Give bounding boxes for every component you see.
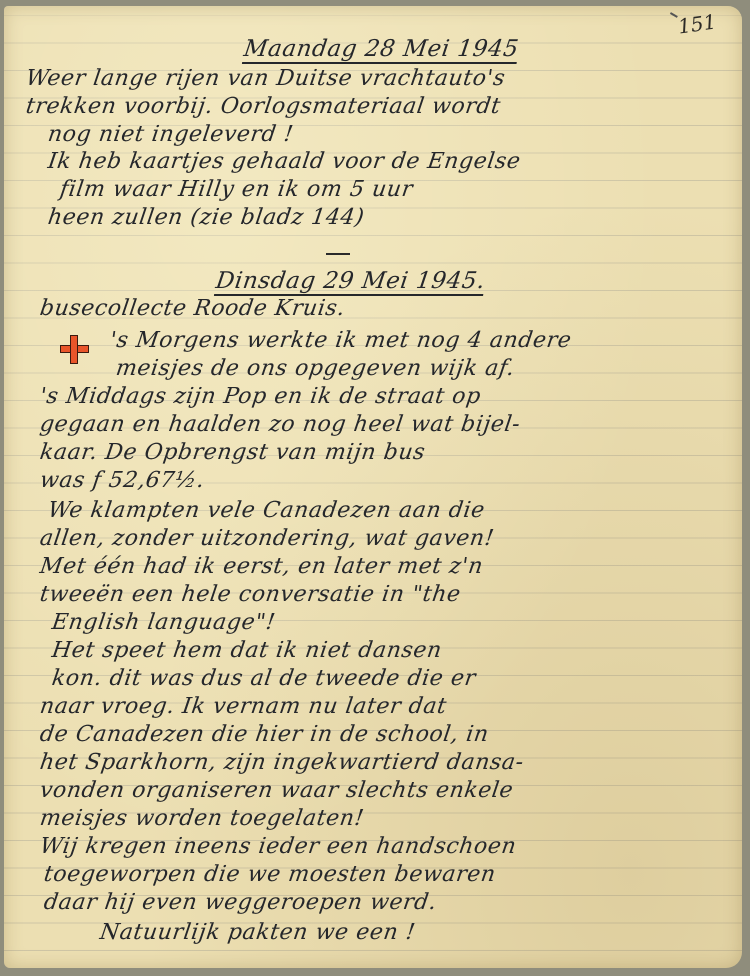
diary-page: 151 Maandag 28 Mei 1945 Weer lange rijen… <box>4 6 742 968</box>
diary-line: Wij kregen ineens ieder een handschoen <box>38 834 518 859</box>
diary-line: Het speet hem dat ik niet dansen <box>50 638 443 663</box>
entry-heading-tuesday: Dinsdag 29 Mei 1945. <box>214 268 487 294</box>
diary-line: Natuurlijk pakten we een ! <box>98 920 417 945</box>
diary-line: was f 52,67½. <box>38 468 206 493</box>
diary-line: vonden organiseren waar slechts enkele <box>38 778 515 803</box>
diary-line: meisjes worden toegelaten! <box>38 806 366 831</box>
diary-line: het Sparkhorn, zijn ingekwartierd dansa- <box>38 750 525 775</box>
diary-line: 's Middags zijn Pop en ik de straat op <box>38 384 482 409</box>
red-cross-icon <box>60 335 90 365</box>
diary-line: kon. dit was dus al de tweede die er <box>50 666 477 691</box>
diary-line: meisjes de ons opgegeven wijk af. <box>114 356 516 381</box>
diary-line: Weer lange rijen van Duitse vrachtauto's <box>24 66 507 91</box>
diary-line: allen, zonder uitzondering, wat gaven! <box>38 526 496 551</box>
diary-line: heen zullen (zie bladz 144) <box>46 205 366 230</box>
diary-line: Met één had ik eerst, en later met z'n <box>38 554 485 579</box>
diary-line: nog niet ingeleverd ! <box>46 122 295 147</box>
diary-line: busecollecte Roode Kruis. <box>38 296 347 321</box>
diary-line: naar vroeg. Ik vernam nu later dat <box>38 694 448 719</box>
diary-line: kaar. De Opbrengst van mijn bus <box>38 440 427 465</box>
diary-line: English language"! <box>50 610 277 635</box>
diary-line: de Canadezen die hier in de school, in <box>38 722 490 747</box>
entry-heading-monday: Maandag 28 Mei 1945 <box>242 36 520 62</box>
diary-line: Ik heb kaartjes gehaald voor de Engelse <box>46 149 522 174</box>
diary-line: toegeworpen die we moesten bewaren <box>42 862 497 887</box>
diary-line: gegaan en haalden zo nog heel wat bijel- <box>38 412 522 437</box>
entry-divider <box>326 253 350 255</box>
diary-line: trekken voorbij. Oorlogsmateriaal wordt <box>24 94 502 119</box>
page-number: 151 <box>676 9 717 38</box>
diary-line: daar hij even weggeroepen werd. <box>42 890 438 915</box>
diary-line: film waar Hilly en ik om 5 uur <box>58 177 414 202</box>
diary-line: 's Morgens werkte ik met nog 4 andere <box>108 328 573 353</box>
diary-line: We klampten vele Canadezen aan die <box>46 498 486 523</box>
diary-line: tweeën een hele conversatie in "the <box>38 582 462 607</box>
